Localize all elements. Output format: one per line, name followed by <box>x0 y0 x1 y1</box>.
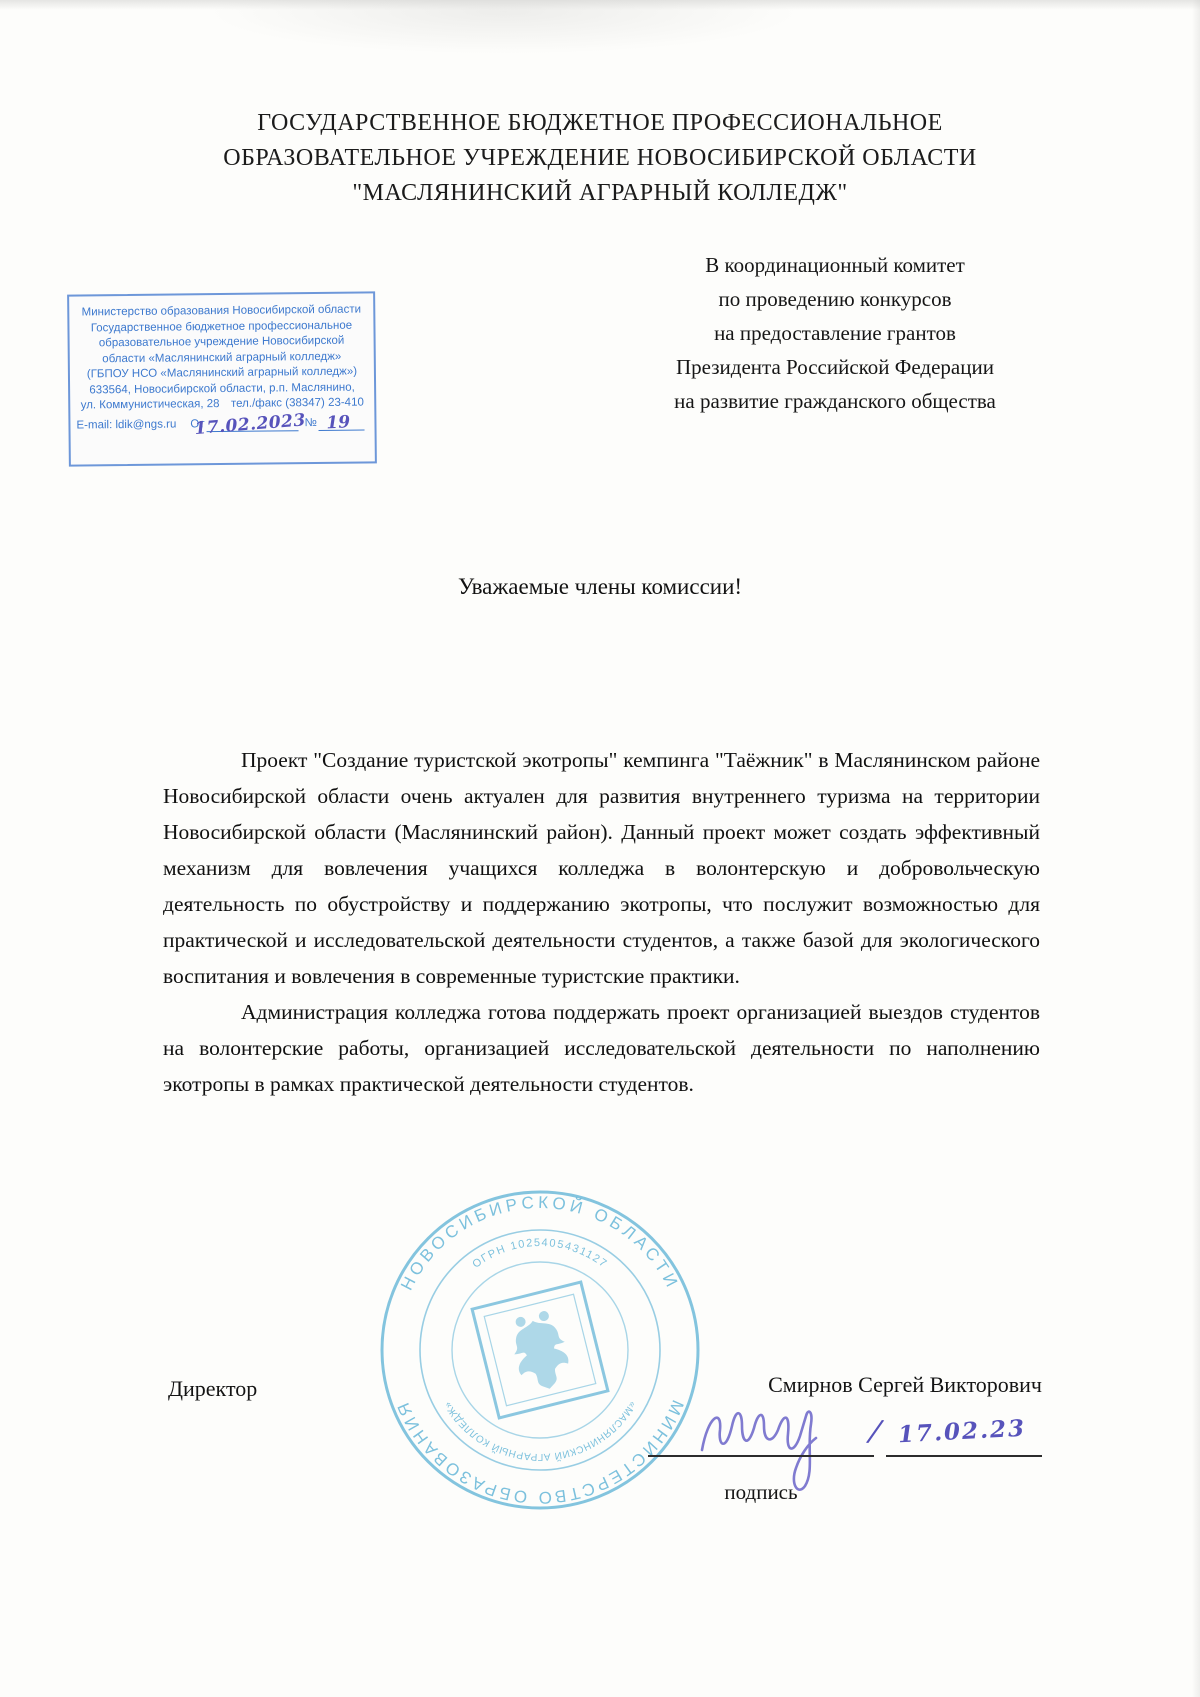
organization-header: ГОСУДАРСТВЕННОЕ БЮДЖЕТНОЕ ПРОФЕССИОНАЛЬН… <box>100 106 1100 211</box>
scanned-letter-page: ГОСУДАРСТВЕННОЕ БЮДЖЕТНОЕ ПРОФЕССИОНАЛЬН… <box>0 0 1200 1697</box>
addressee-line: по проведению конкурсов <box>628 282 1042 316</box>
org-header-line: ГОСУДАРСТВЕННОЕ БЮДЖЕТНОЕ ПРОФЕССИОНАЛЬН… <box>100 106 1100 141</box>
salutation: Уважаемые члены комиссии! <box>0 574 1200 600</box>
letterhead-stamp: Министерство образования Новосибирской о… <box>67 291 377 466</box>
addressee-line: на предоставление грантов <box>628 316 1042 350</box>
seal-inner-bottom-text: «МАСЛЯНИНСКИЙ АГРАРНЫЙ КОЛЛЕДЖ» <box>442 1399 638 1463</box>
svg-text:«МАСЛЯНИНСКИЙ АГРАРНЫЙ КОЛЛЕДЖ: «МАСЛЯНИНСКИЙ АГРАРНЫЙ КОЛЛЕДЖ» <box>442 1399 638 1463</box>
svg-text:МИНИСТЕРСТВО ОБРАЗОВАНИЯ: МИНИСТЕРСТВО ОБРАЗОВАНИЯ <box>393 1397 688 1507</box>
stamp-email: E-mail: ldik@ngs.ru <box>76 417 176 434</box>
round-official-seal: НОВОСИБИРСКОЙ ОБЛАСТИ МИНИСТЕРСТВО ОБРАЗ… <box>372 1182 708 1518</box>
svg-text:НОВОСИБИРСКОЙ ОБЛАСТИ: НОВОСИБИРСКОЙ ОБЛАСТИ <box>397 1193 683 1294</box>
stamp-number-label: № <box>304 416 317 432</box>
signature-line <box>648 1455 874 1457</box>
stamp-date-line: 17.02.2023 <box>207 417 299 432</box>
signer-position: Директор <box>168 1376 257 1402</box>
org-header-line: ОБРАЗОВАТЕЛЬНОЕ УЧРЕЖДЕНИЕ НОВОСИБИРСКОЙ… <box>100 141 1100 176</box>
double-eagle-icon <box>506 1308 575 1395</box>
addressee-line: на развитие гражданского общества <box>628 384 1042 418</box>
org-header-line: "МАСЛЯНИНСКИЙ АГРАРНЫЙ КОЛЛЕДЖ" <box>100 176 1100 211</box>
body-paragraph: Администрация колледжа готова поддержать… <box>163 994 1040 1102</box>
seal-ring-bottom-text: МИНИСТЕРСТВО ОБРАЗОВАНИЯ <box>393 1397 688 1507</box>
addressee-line: В координационный комитет <box>628 248 1042 282</box>
handwritten-registration-date: 17.02.2023 <box>194 413 306 437</box>
body-paragraph: Проект "Создание туристской экотропы" ке… <box>163 742 1040 994</box>
date-line <box>886 1455 1042 1457</box>
addressee-line: Президента Российской Федерации <box>628 350 1042 384</box>
handwritten-slash: / <box>868 1413 883 1449</box>
stamp-line: ул. Коммунистическая, 28 тел./факс (3834… <box>76 395 368 414</box>
svg-text:ОГРН 1025405431127: ОГРН 1025405431127 <box>470 1237 609 1271</box>
signature-caption: подпись <box>648 1480 874 1505</box>
stamp-registration-row: E-mail: ldik@ngs.ru От 17.02.2023 № 19 <box>76 415 368 434</box>
addressee-block: В координационный комитет по проведению … <box>628 248 1042 418</box>
seal-center-emblem <box>472 1282 608 1418</box>
handwritten-signature-date: 17.02.23 <box>897 1415 1026 1449</box>
seal-ring-top-text: НОВОСИБИРСКОЙ ОБЛАСТИ <box>397 1193 683 1294</box>
letter-body: Проект "Создание туристской экотропы" ке… <box>163 742 1040 1102</box>
handwritten-registration-number: 19 <box>327 415 351 432</box>
seal-inner-top-text: ОГРН 1025405431127 <box>470 1237 609 1271</box>
stamp-number-line: 19 <box>319 417 365 431</box>
